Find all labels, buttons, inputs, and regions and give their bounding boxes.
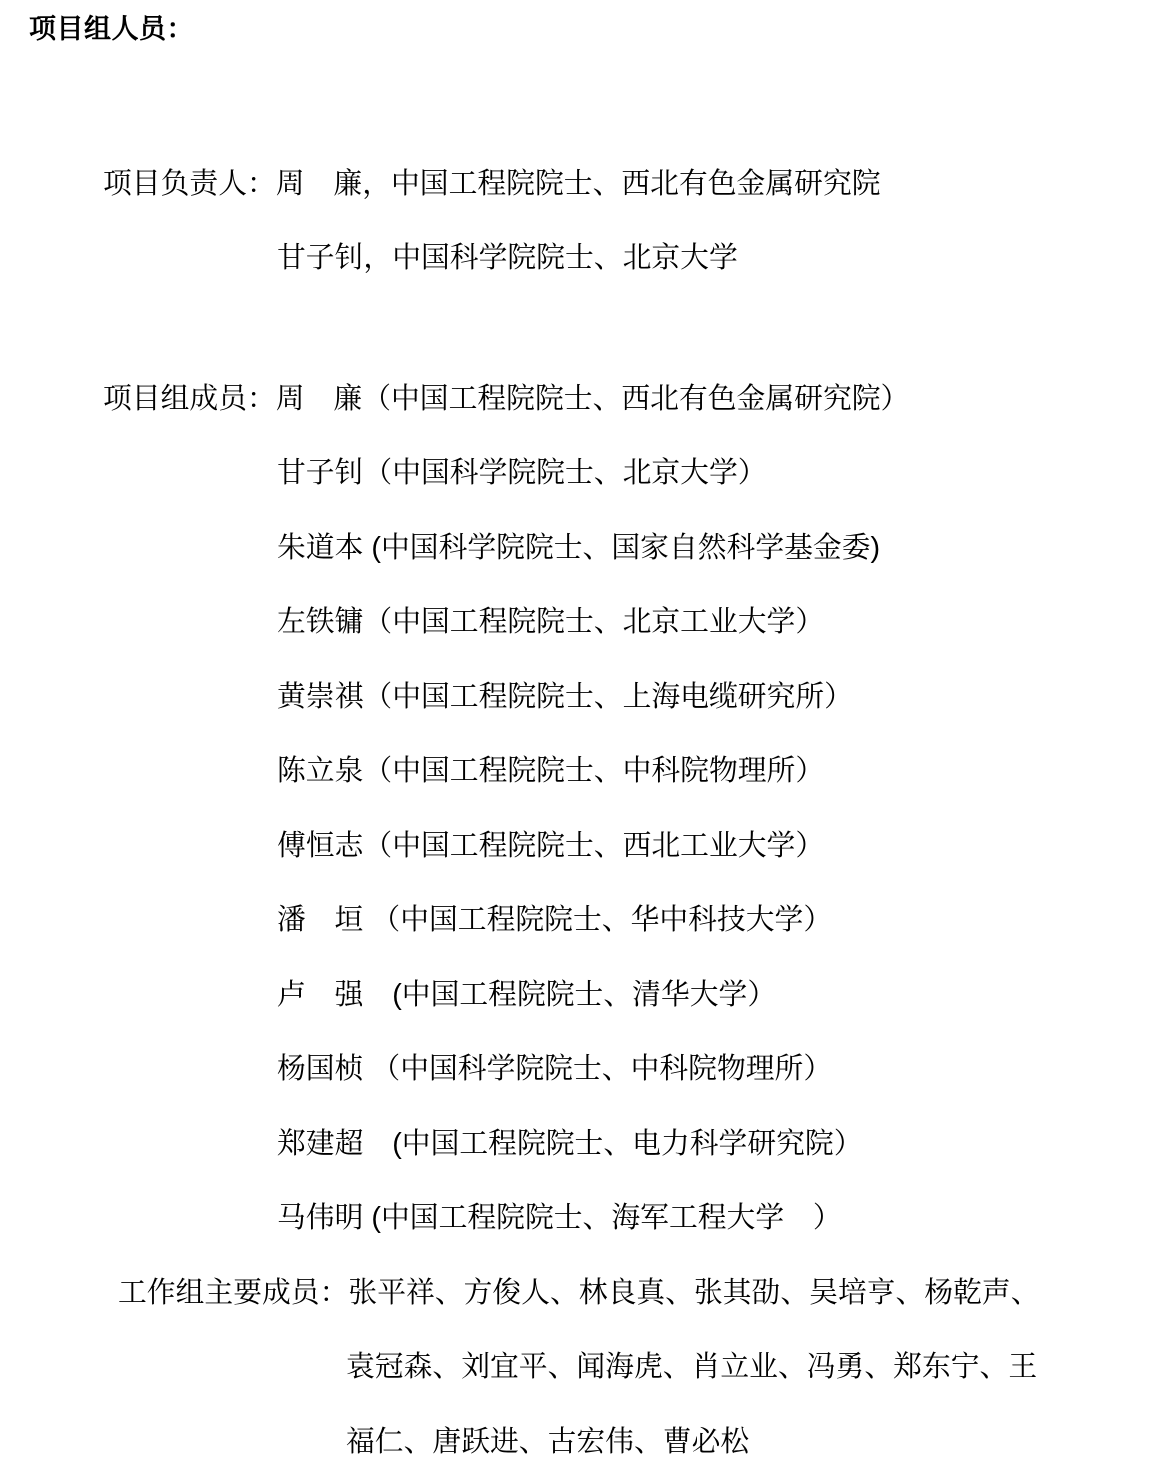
member-entry: 陈立泉（中国工程院院士、中科院物理所） — [277, 755, 824, 787]
member-line: 朱道本 (中国科学院院士、国家自然科学基金委) — [277, 529, 880, 567]
members-label: 项目组成员： — [103, 383, 276, 415]
leaders-line-2: 甘子钊，中国科学院院士、北京大学 — [277, 239, 738, 277]
workgroup-names: 袁冠森、刘宜平、闻海虎、肖立业、冯勇、郑东宁、王 — [346, 1351, 1037, 1383]
member-entry: 潘 垣 （中国工程院院士、华中科技大学） — [277, 904, 832, 936]
workgroup-label: 工作组主要成员： — [118, 1277, 348, 1309]
workgroup-names: 福仁、唐跃进、古宏伟、曹必松 — [346, 1426, 749, 1458]
member-entry: 周 廉（中国工程院院士、西北有色金属研究院） — [276, 383, 910, 415]
member-line: 卢 强 (中国工程院院士、清华大学） — [277, 976, 776, 1014]
member-line: 黄崇祺（中国工程院院士、上海电缆研究所） — [277, 678, 853, 716]
member-line: 左铁镛（中国工程院院士、北京工业大学） — [277, 603, 824, 641]
members-line-1: 项目组成员：周 廉（中国工程院院士、西北有色金属研究院） — [103, 380, 909, 418]
member-entry: 卢 强 (中国工程院院士、清华大学） — [277, 979, 776, 1011]
member-entry: 傅恒志（中国工程院院士、西北工业大学） — [277, 830, 824, 862]
member-line: 傅恒志（中国工程院院士、西北工业大学） — [277, 827, 824, 865]
leader-entry: 周 廉，中国工程院院士、西北有色金属研究院 — [276, 168, 881, 200]
workgroup-line-2: 袁冠森、刘宜平、闻海虎、肖立业、冯勇、郑东宁、王 — [346, 1348, 1037, 1386]
member-entry: 马伟明 (中国工程院院士、海军工程大学 ） — [277, 1202, 842, 1234]
member-entry: 黄崇祺（中国工程院院士、上海电缆研究所） — [277, 681, 853, 713]
member-entry: 甘子钊（中国科学院院士、北京大学） — [277, 457, 767, 489]
workgroup-names: 张平祥、方俊人、林良真、张其劭、吴培亨、杨乾声、 — [348, 1277, 1039, 1309]
member-line: 陈立泉（中国工程院院士、中科院物理所） — [277, 752, 824, 790]
member-entry: 郑建超 (中国工程院院士、电力科学研究院） — [277, 1128, 863, 1160]
member-line: 马伟明 (中国工程院院士、海军工程大学 ） — [277, 1199, 842, 1237]
document-page: 项目组人员： 项目负责人：周 廉，中国工程院院士、西北有色金属研究院 甘子钊，中… — [0, 0, 1156, 1472]
workgroup-line-3: 福仁、唐跃进、古宏伟、曹必松 — [346, 1423, 749, 1461]
member-entry: 朱道本 (中国科学院院士、国家自然科学基金委) — [277, 532, 880, 564]
member-line: 杨国桢 （中国科学院院士、中科院物理所） — [277, 1050, 832, 1088]
workgroup-line-1: 工作组主要成员：张平祥、方俊人、林良真、张其劭、吴培亨、杨乾声、 — [118, 1274, 1040, 1312]
member-entry: 杨国桢 （中国科学院院士、中科院物理所） — [277, 1053, 832, 1085]
member-entry: 左铁镛（中国工程院院士、北京工业大学） — [277, 606, 824, 638]
page-title: 项目组人员： — [29, 10, 194, 48]
leaders-label: 项目负责人： — [103, 168, 276, 200]
member-line: 潘 垣 （中国工程院院士、华中科技大学） — [277, 901, 832, 939]
member-line: 郑建超 (中国工程院院士、电力科学研究院） — [277, 1125, 863, 1163]
leaders-line-1: 项目负责人：周 廉，中国工程院院士、西北有色金属研究院 — [103, 165, 881, 203]
member-line: 甘子钊（中国科学院院士、北京大学） — [277, 454, 767, 492]
leader-entry: 甘子钊，中国科学院院士、北京大学 — [277, 242, 738, 274]
